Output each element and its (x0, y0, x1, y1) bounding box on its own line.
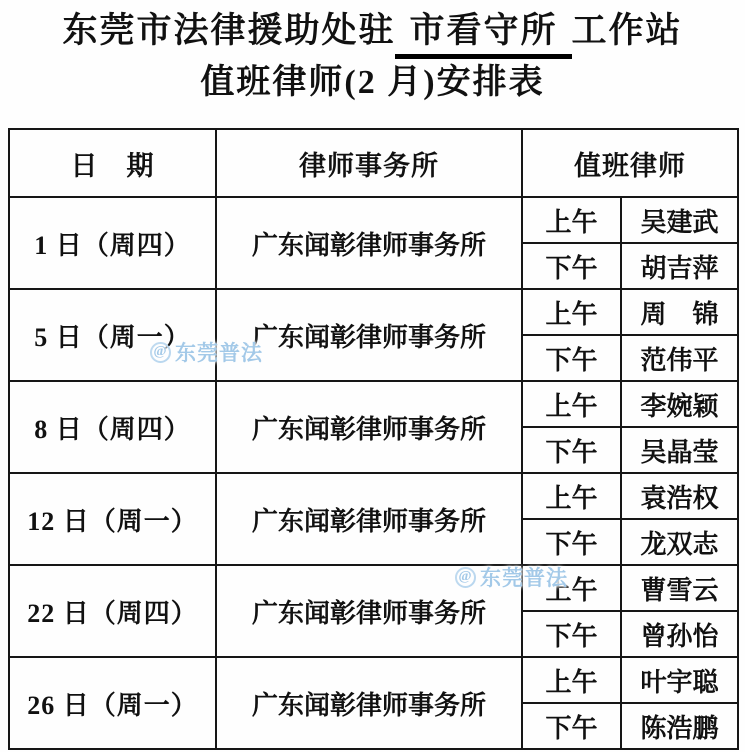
table-row: 5 日（周一） 广东闻彰律师事务所 上午 周 锦 (9, 289, 738, 335)
date-cell: 1 日（周四） (9, 197, 216, 289)
table-row: 12 日（周一） 广东闻彰律师事务所 上午 袁浩权 (9, 473, 738, 519)
header-firm: 律师事务所 (216, 129, 522, 197)
pm-lawyer: 曾孙怡 (621, 611, 738, 657)
title-suffix: 工作站 (572, 11, 683, 50)
firm-cell: 广东闻彰律师事务所 (216, 473, 522, 565)
table-header-row: 日 期 律师事务所 值班律师 (9, 129, 738, 197)
pm-label: 下午 (522, 703, 621, 749)
am-lawyer: 吴建武 (621, 197, 738, 243)
am-label: 上午 (522, 381, 621, 427)
table-row: 8 日（周四） 广东闻彰律师事务所 上午 李婉颖 (9, 381, 738, 427)
table-row: 26 日（周一） 广东闻彰律师事务所 上午 叶宇聪 (9, 657, 738, 703)
am-label: 上午 (522, 565, 621, 611)
header-duty-lawyer: 值班律师 (522, 129, 738, 197)
pm-label: 下午 (522, 427, 621, 473)
firm-cell: 广东闻彰律师事务所 (216, 289, 522, 381)
firm-cell: 广东闻彰律师事务所 (216, 197, 522, 289)
am-lawyer: 叶宇聪 (621, 657, 738, 703)
title-underlined-station: 市看守所 (395, 8, 571, 59)
title-prefix: 东莞市法律援助处驻 (62, 11, 395, 50)
pm-label: 下午 (522, 611, 621, 657)
am-label: 上午 (522, 473, 621, 519)
pm-lawyer: 龙双志 (621, 519, 738, 565)
table-row: 1 日（周四） 广东闻彰律师事务所 上午 吴建武 (9, 197, 738, 243)
am-label: 上午 (522, 289, 621, 335)
am-lawyer: 曹雪云 (621, 565, 738, 611)
pm-label: 下午 (522, 335, 621, 381)
title-line-2: 值班律师(2 月)安排表 (0, 61, 745, 105)
firm-cell: 广东闻彰律师事务所 (216, 381, 522, 473)
am-lawyer: 袁浩权 (621, 473, 738, 519)
date-cell: 22 日（周四） (9, 565, 216, 657)
header-date: 日 期 (9, 129, 216, 197)
pm-lawyer: 胡吉萍 (621, 243, 738, 289)
pm-lawyer: 吴晶莹 (621, 427, 738, 473)
title-block: 东莞市法律援助处驻市看守所工作站 值班律师(2 月)安排表 (0, 8, 745, 105)
pm-lawyer: 范伟平 (621, 335, 738, 381)
am-lawyer: 周 锦 (621, 289, 738, 335)
date-cell: 12 日（周一） (9, 473, 216, 565)
date-cell: 26 日（周一） (9, 657, 216, 749)
firm-cell: 广东闻彰律师事务所 (216, 565, 522, 657)
date-cell: 5 日（周一） (9, 289, 216, 381)
document-page: 东莞市法律援助处驻市看守所工作站 值班律师(2 月)安排表 日 期 律师事务所 … (0, 0, 745, 752)
table-row: 22 日（周四） 广东闻彰律师事务所 上午 曹雪云 (9, 565, 738, 611)
am-lawyer: 李婉颖 (621, 381, 738, 427)
title-line-1: 东莞市法律援助处驻市看守所工作站 (0, 8, 745, 59)
date-cell: 8 日（周四） (9, 381, 216, 473)
duty-schedule-table: 日 期 律师事务所 值班律师 1 日（周四） 广东闻彰律师事务所 上午 吴建武 … (8, 128, 739, 750)
pm-label: 下午 (522, 519, 621, 565)
am-label: 上午 (522, 197, 621, 243)
firm-cell: 广东闻彰律师事务所 (216, 657, 522, 749)
pm-label: 下午 (522, 243, 621, 289)
am-label: 上午 (522, 657, 621, 703)
pm-lawyer: 陈浩鹏 (621, 703, 738, 749)
